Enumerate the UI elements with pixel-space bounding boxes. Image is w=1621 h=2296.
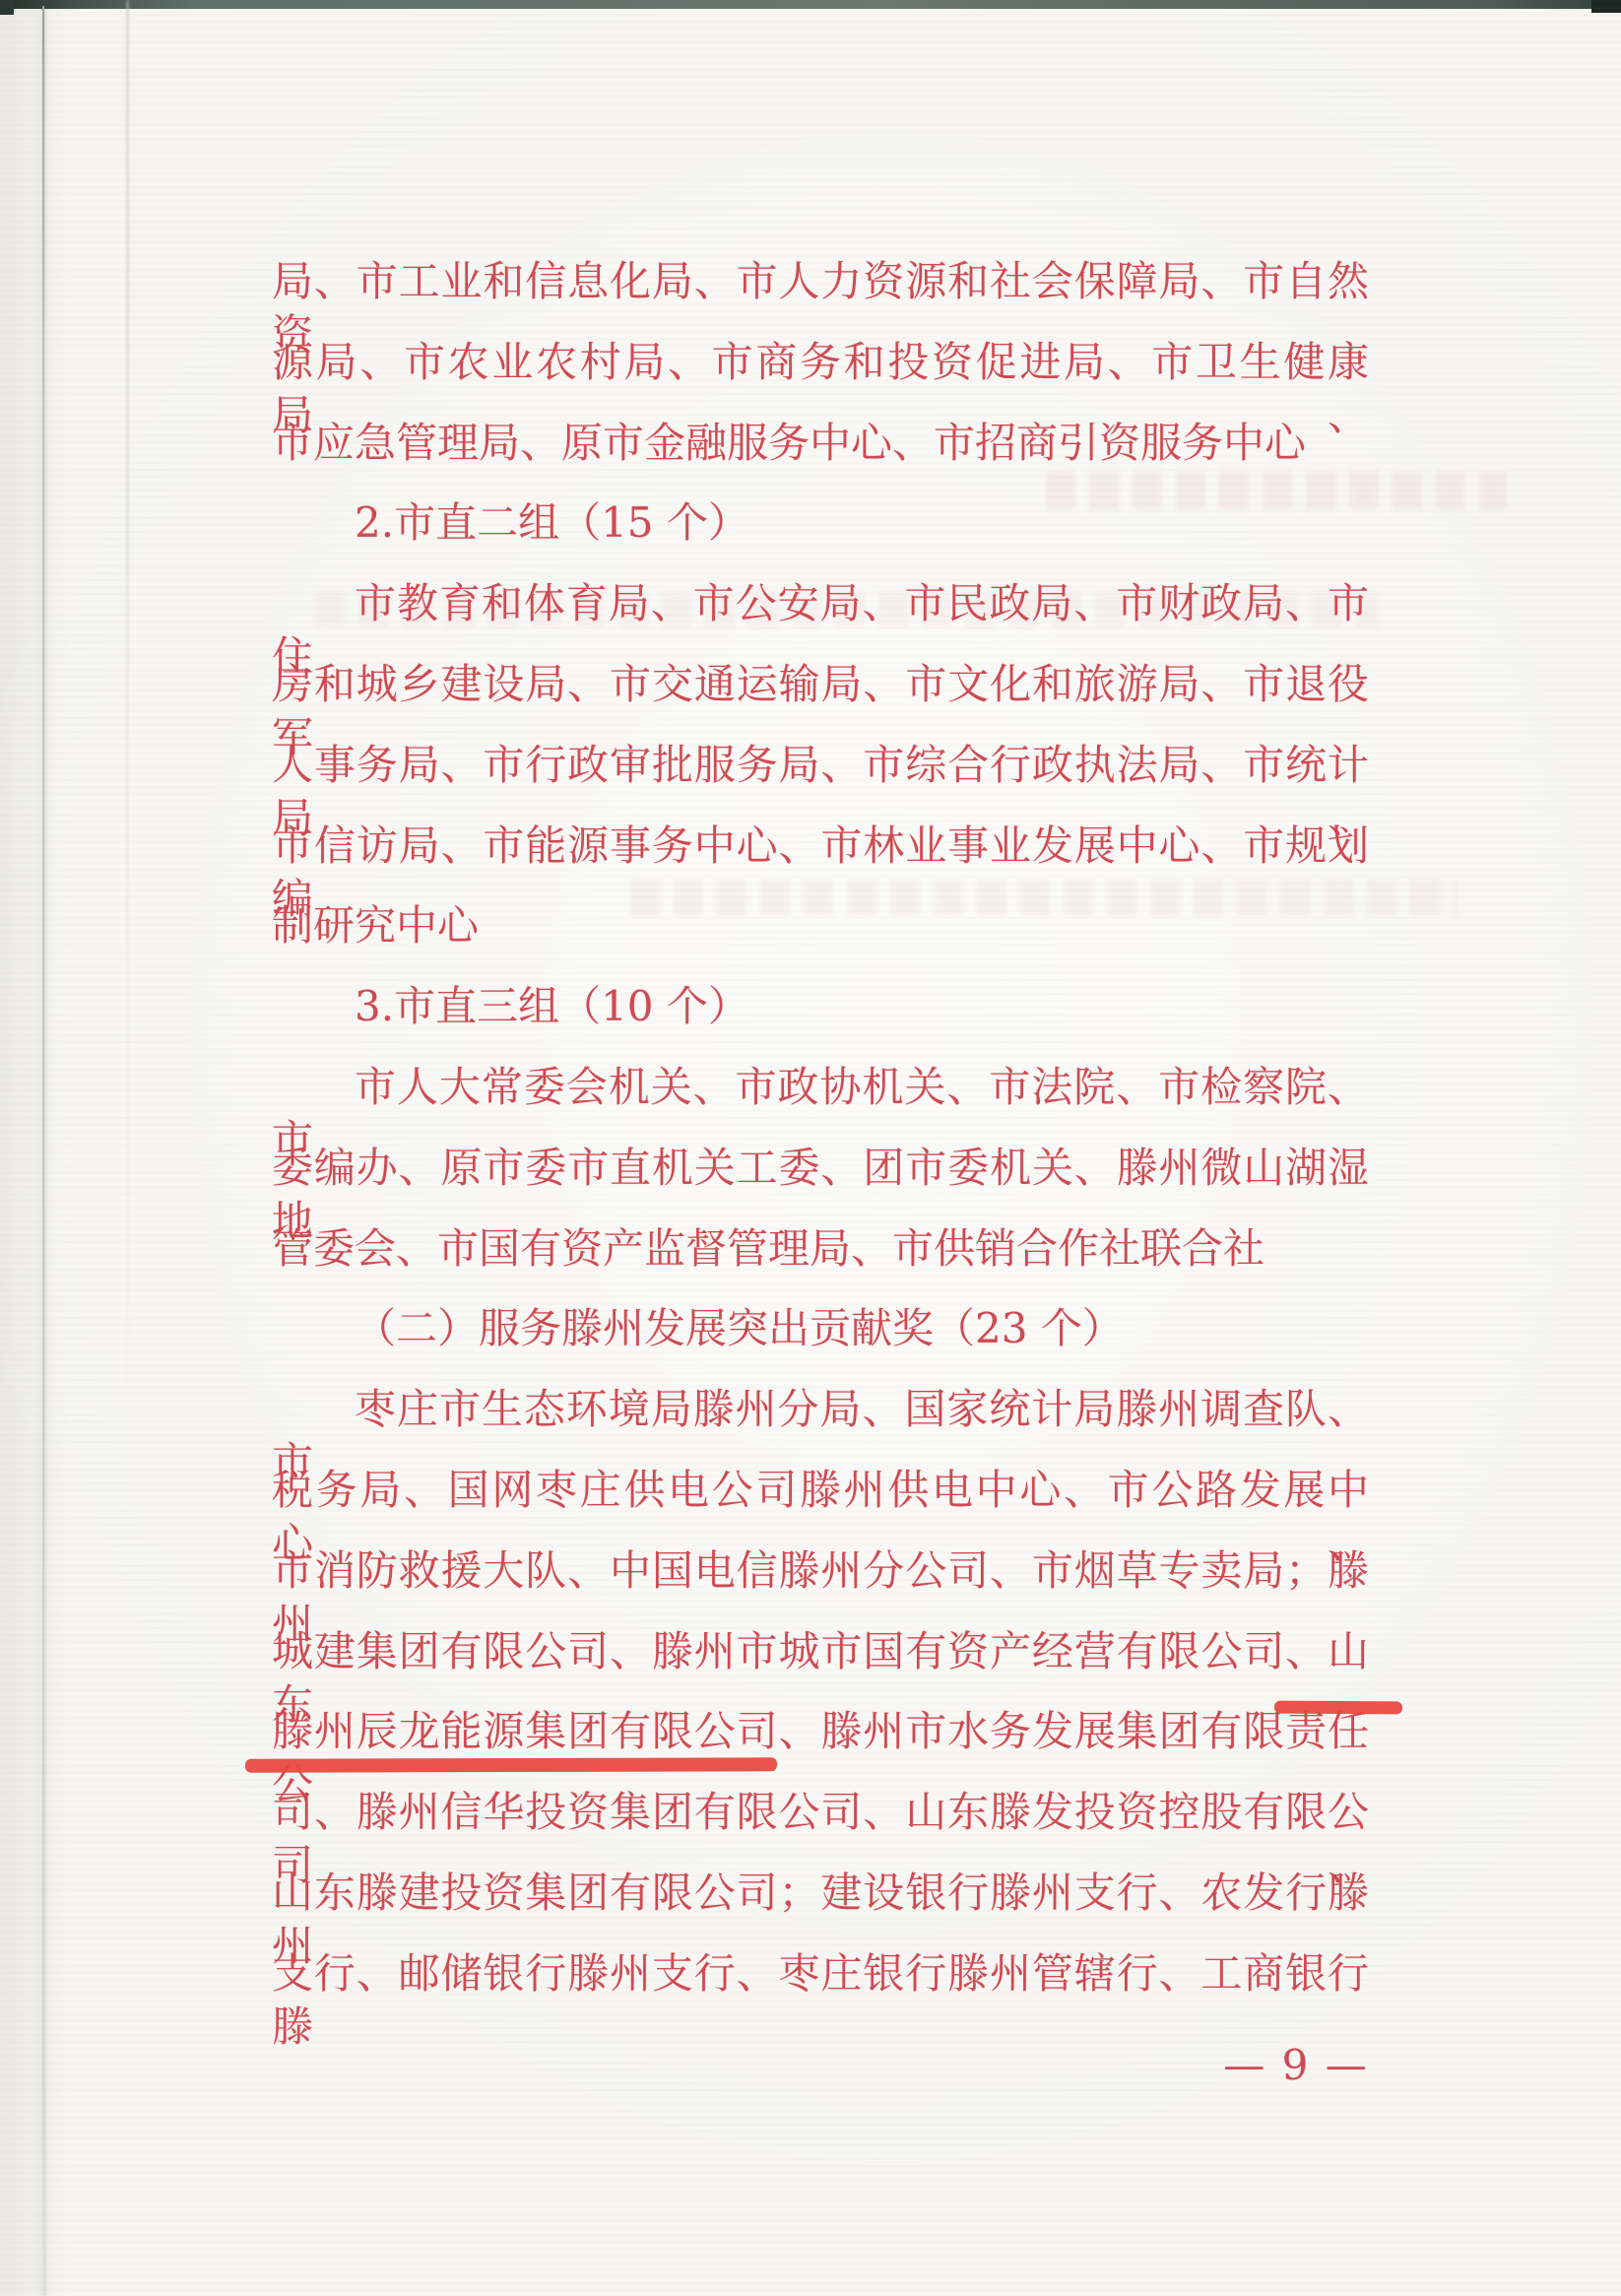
text-line-3: 市应急管理局、原市金融服务中心、市招商引资服务中心 [272, 417, 1369, 470]
text-line-8: 市信访局、市能源事务中心、市林业事业发展中心、市规划编 [272, 820, 1369, 873]
text-line-10: 3.市直三组（10 个） [272, 980, 1369, 1033]
page-number: — 9 — [1178, 2041, 1414, 2090]
text-line-1: 局、市工业和信息化局、市人力资源和社会保障局、市自然资 [272, 255, 1369, 308]
scanned-document-page: 局、市工业和信息化局、市人力资源和社会保障局、市自然资源局、市农业农村局、市商务… [0, 0, 1621, 2296]
text-line-22: 支行、邮储银行滕州支行、枣庄银行滕州管辖行、工商银行滕 [272, 1947, 1369, 2001]
text-line-17: 市消防救援大队、中国电信滕州分公司、市烟草专卖局；滕州 [272, 1544, 1369, 1598]
text-line-18: 城建集团有限公司、滕州市城市国有资产经营有限公司、山东 [272, 1625, 1369, 1678]
text-line-16: 税务局、国网枣庄供电公司滕州供电中心、市公路发展中心、 [272, 1464, 1369, 1517]
text-line-12: 委编办、原市委市直机关工委、团市委机关、滕州微山湖湿地 [272, 1142, 1369, 1195]
text-line-21: 山东滕建投资集团有限公司；建设银行滕州支行、农发行滕州 [272, 1867, 1369, 1920]
text-line-9: 制研究中心 [272, 899, 1369, 952]
text-line-4: 2.市直二组（15 个） [272, 496, 1369, 550]
text-line-11: 市人大常委会机关、市政协机关、市法院、市检察院、市 [272, 1061, 1369, 1114]
text-line-5: 市教育和体育局、市公安局、市民政局、市财政局、市住 [272, 577, 1369, 630]
text-line-19: 滕州辰龙能源集团有限公司、滕州市水务发展集团有限责任公 [272, 1705, 1369, 1758]
text-line-15: 枣庄市生态环境局滕州分局、国家统计局滕州调查队、市 [272, 1383, 1369, 1436]
text-line-14: （二）服务滕州发展突出贡献奖（23 个） [272, 1302, 1369, 1355]
text-line-13: 管委会、市国有资产监督管理局、市供销合作社联合社 [272, 1222, 1369, 1276]
marker-underline-chenlong-energy [245, 1757, 777, 1772]
text-line-2: 源局、市农业农村局、市商务和投资促进局、市卫生健康局、 [272, 336, 1369, 389]
marker-underline-shandong [1274, 1701, 1402, 1715]
text-line-20: 司、滕州信华投资集团有限公司、山东滕发投资控股有限公司、 [272, 1786, 1369, 1839]
text-layer: 局、市工业和信息化局、市人力资源和社会保障局、市自然资源局、市农业农村局、市商务… [0, 0, 1621, 2296]
text-line-6: 房和城乡建设局、市交通运输局、市文化和旅游局、市退役军 [272, 658, 1369, 711]
text-line-7: 人事务局、市行政审批服务局、市综合行政执法局、市统计局、 [272, 739, 1369, 792]
